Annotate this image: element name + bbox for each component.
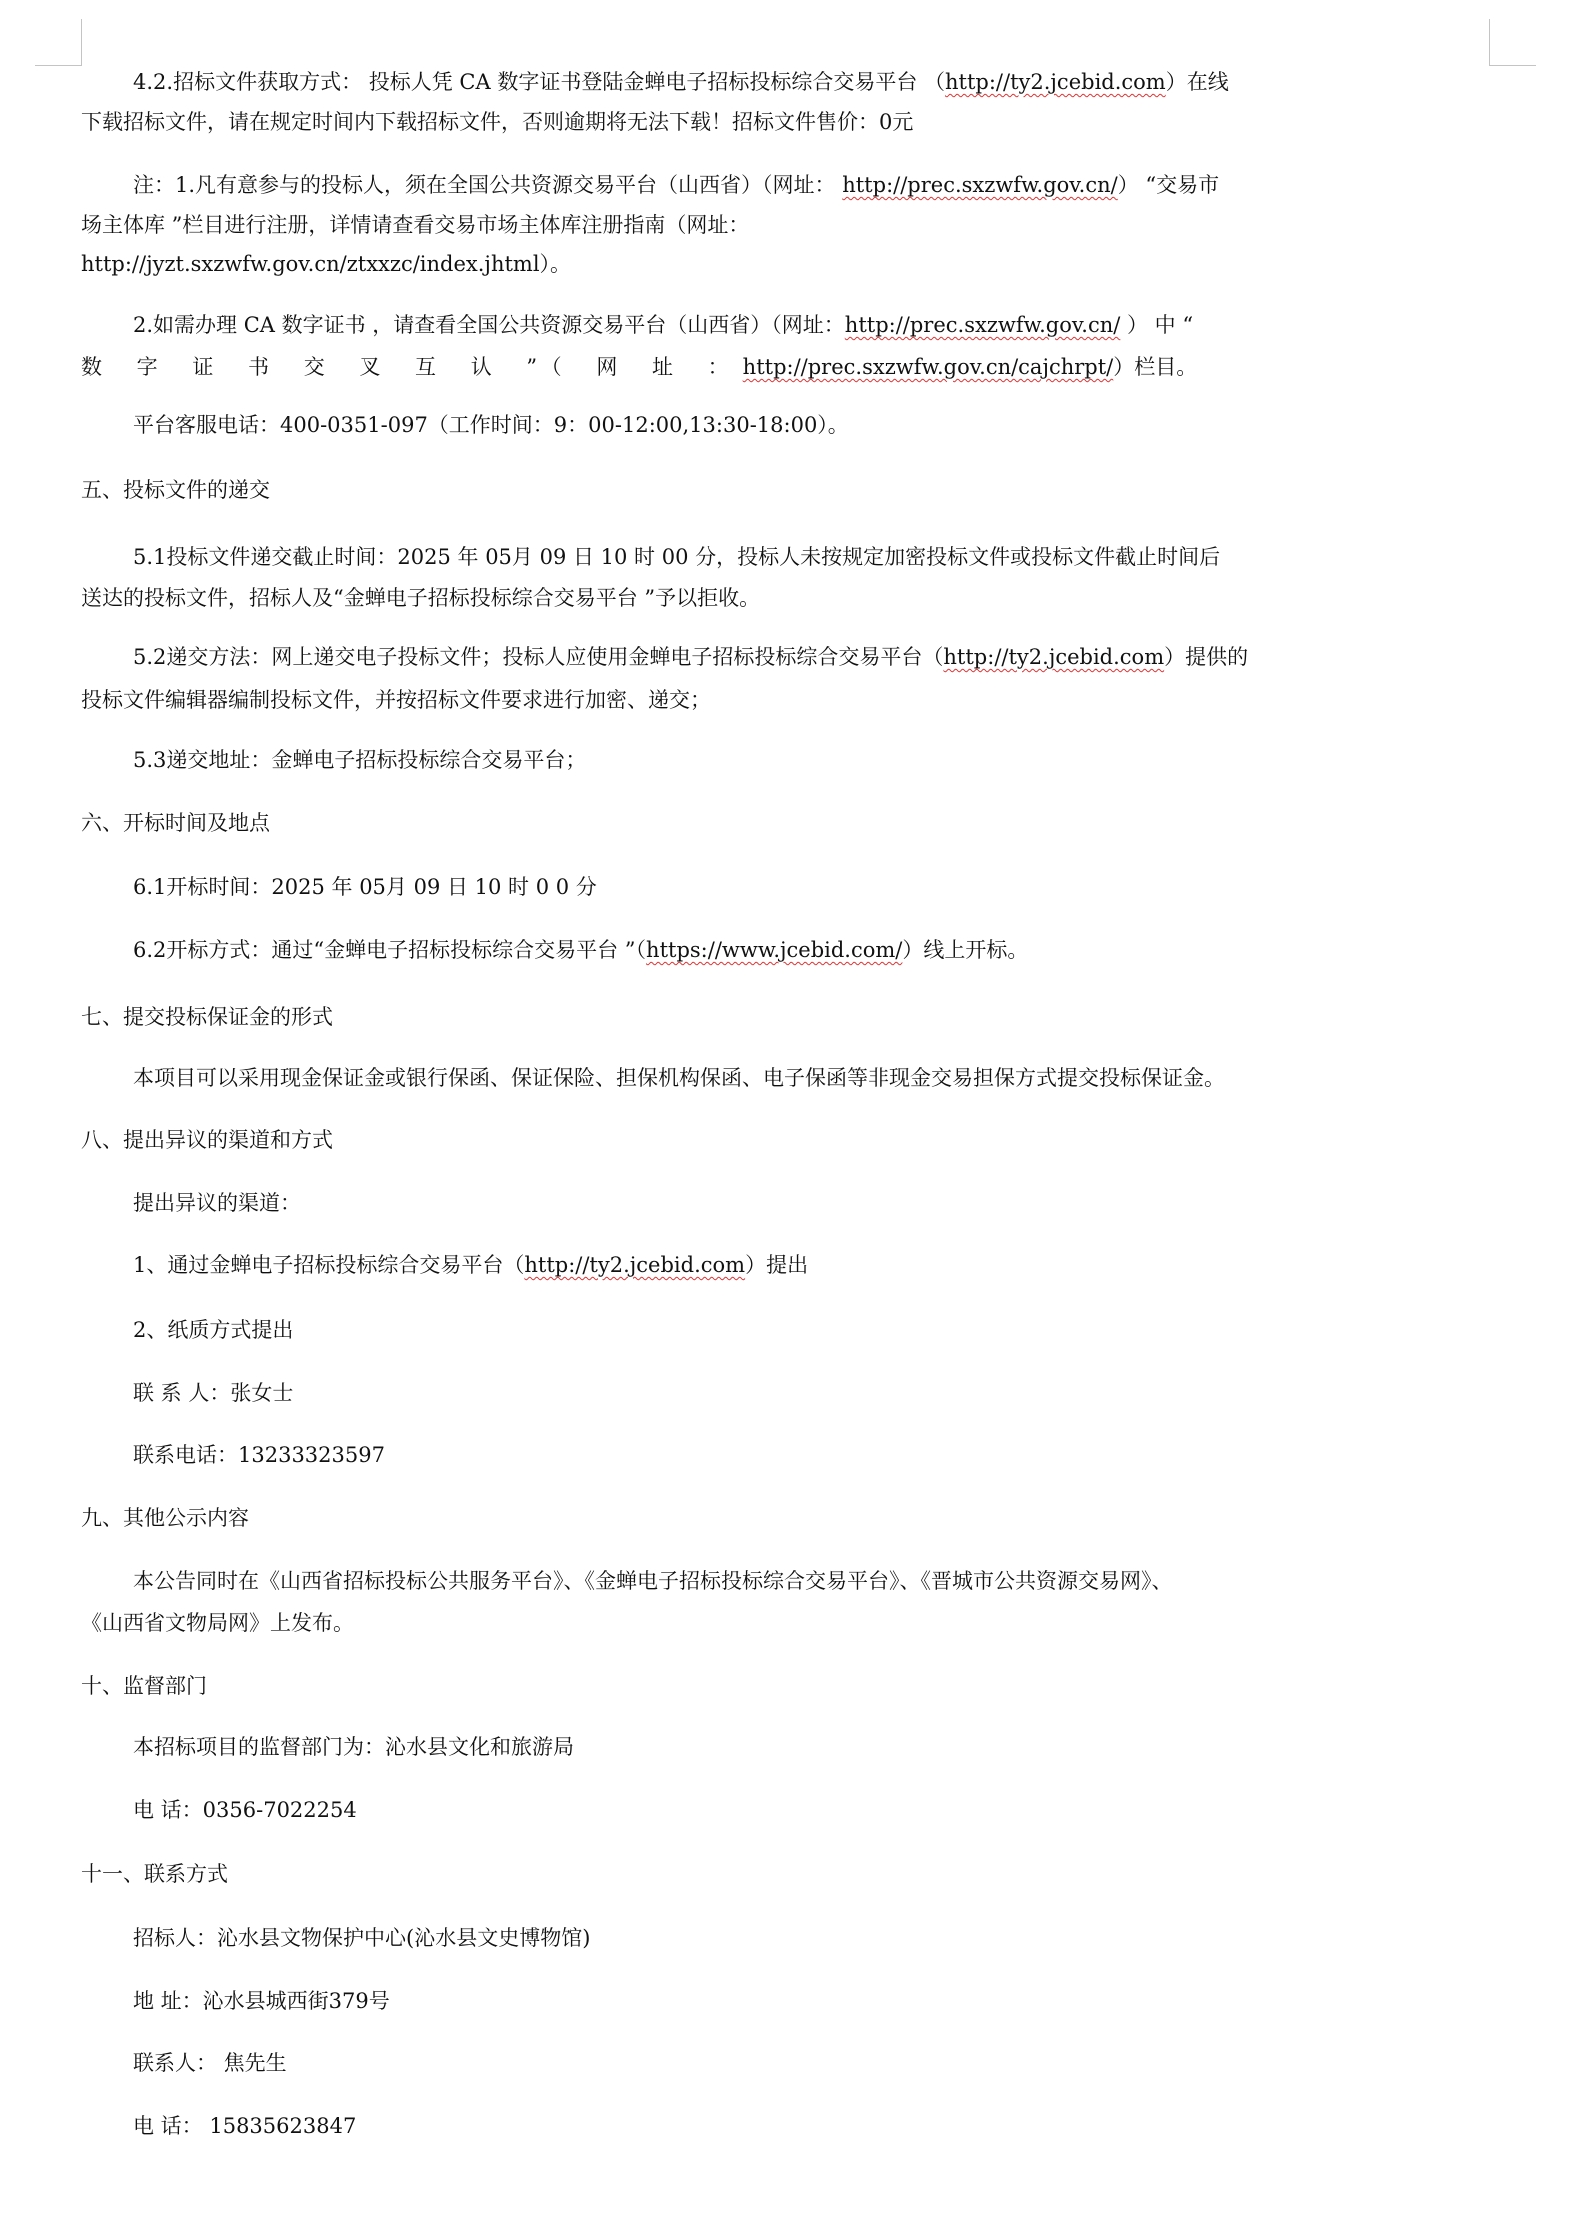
section-heading-10: 十、监督部门 <box>81 1671 1491 1701</box>
tenderer-contact: 联系人： 焦先生 <box>133 2048 1491 2078</box>
text: 4.2.招标文件获取方式： 投标人凭 CA 数字证书登陆金蝉电子招标投标综合交易… <box>133 70 945 94</box>
crop-mark-top-left <box>35 19 82 66</box>
crop-mark-top-right <box>1489 19 1536 66</box>
text: 注：1.凡有意参与的投标人，须在全国公共资源交易平台（山西省）（网址： <box>133 173 842 197</box>
paragraph-5-2-line-1: 5.2递交方法：网上递交电子投标文件；投标人应使用金蝉电子招标投标综合交易平台（… <box>133 642 1491 672</box>
section-heading-6: 六、开标时间及地点 <box>81 808 1491 838</box>
paragraph-5-1-line-2: 送达的投标文件，招标人及“金蝉电子招标投标综合交易平台 ”予以拒收。 <box>81 583 1491 613</box>
section-heading-11: 十一、联系方式 <box>81 1859 1491 1889</box>
text: ）栏目。 <box>1113 355 1197 379</box>
tenderer-phone: 电 话： 15835623847 <box>133 2111 1491 2141</box>
section-heading-7: 七、提交投标保证金的形式 <box>81 1002 1491 1032</box>
hotline: 平台客服电话：400-0351-097（工作时间：9：00-12:00,13:3… <box>133 410 1491 440</box>
text: 1、通过金蝉电子招标投标综合交易平台（ <box>133 1253 524 1277</box>
paragraph-6-1: 6.1开标时间：2025 年 05月 09 日 10 时 0 0 分 <box>133 872 1491 902</box>
paragraph-5-1-line-1: 5.1投标文件递交截止时间：2025 年 05月 09 日 10 时 00 分，… <box>133 542 1491 572</box>
section-heading-5: 五、投标文件的递交 <box>81 475 1491 505</box>
supervision-phone: 电 话：0356-7022254 <box>133 1795 1491 1825</box>
tenderer: 招标人：沁水县文物保护中心(沁水县文史博物馆) <box>133 1923 1491 1953</box>
text: ）提供的 <box>1164 645 1248 669</box>
text: 5.2递交方法：网上递交电子投标文件；投标人应使用金蝉电子招标投标综合交易平台（ <box>133 645 943 669</box>
platform-link[interactable]: http://ty2.jcebid.com <box>945 70 1166 94</box>
text: 6.2开标方式：通过“金蝉电子招标投标综合交易平台 ”（ <box>133 938 646 962</box>
jcebid-link[interactable]: https://www.jcebid.com/ <box>646 938 902 962</box>
paragraph-9-line-1: 本公告同时在《山西省招标投标公共服务平台》、《金蝉电子招标投标综合交易平台》、《… <box>133 1566 1491 1596</box>
note-1-line-1: 注：1.凡有意参与的投标人，须在全国公共资源交易平台（山西省）（网址： http… <box>133 170 1491 200</box>
section-heading-9: 九、其他公示内容 <box>81 1503 1491 1533</box>
platform-link[interactable]: http://ty2.jcebid.com <box>524 1253 745 1277</box>
paragraph-4-2-line-2: 下载招标文件，请在规定时间内下载招标文件，否则逾期将无法下载！招标文件售价：0元 <box>81 107 1491 137</box>
objection-channel-2: 2、纸质方式提出 <box>133 1315 1491 1345</box>
objection-channels-label: 提出异议的渠道： <box>133 1188 1491 1218</box>
paragraph-9-line-2: 《山西省文物局网》上发布。 <box>81 1608 1491 1638</box>
objection-contact: 联 系 人：张女士 <box>133 1378 1491 1408</box>
paragraph-5-3: 5.3递交地址：金蝉电子招标投标综合交易平台； <box>133 745 1491 775</box>
text: 数 字 证 书 交 叉 互 认 ”（ 网 址 ： <box>81 355 743 379</box>
platform-link[interactable]: http://ty2.jcebid.com <box>943 645 1164 669</box>
prec-link[interactable]: http://prec.sxzwfw.gov.cn/ <box>845 313 1121 337</box>
objection-phone: 联系电话：13233323597 <box>133 1440 1491 1470</box>
section-heading-8: 八、提出异议的渠道和方式 <box>81 1125 1491 1155</box>
note-1-line-3: http://jyzt.sxzwfw.gov.cn/ztxxzc/index.j… <box>81 249 1491 279</box>
note-2-line-2: 数 字 证 书 交 叉 互 认 ”（ 网 址 ：http://prec.sxzw… <box>81 352 1491 382</box>
tenderer-address: 地 址：沁水县城西街379号 <box>133 1986 1491 2016</box>
text: 2.如需办理 CA 数字证书 ，请查看全国公共资源交易平台（山西省）（网址： <box>133 313 845 337</box>
supervision-dept: 本招标项目的监督部门为：沁水县文化和旅游局 <box>133 1732 1491 1762</box>
paragraph-4-2-line-1: 4.2.招标文件获取方式： 投标人凭 CA 数字证书登陆金蝉电子招标投标综合交易… <box>133 67 1491 97</box>
note-1-line-2: 场主体库 ”栏目进行注册，详情请查看交易市场主体库注册指南（网址： <box>81 210 1491 240</box>
paragraph-6-2: 6.2开标方式：通过“金蝉电子招标投标综合交易平台 ”（https://www.… <box>133 935 1491 965</box>
text: ） 中 “ <box>1120 313 1193 337</box>
note-2-line-1: 2.如需办理 CA 数字证书 ，请查看全国公共资源交易平台（山西省）（网址：ht… <box>133 310 1491 340</box>
text: ）提出 <box>745 1253 808 1277</box>
objection-channel-1: 1、通过金蝉电子招标投标综合交易平台（http://ty2.jcebid.com… <box>133 1250 1491 1280</box>
prec-link[interactable]: http://prec.sxzwfw.gov.cn/ <box>842 173 1118 197</box>
text: ） “交易市 <box>1118 173 1219 197</box>
cajchrpt-link[interactable]: http://prec.sxzwfw.gov.cn/cajchrpt/ <box>743 355 1114 379</box>
paragraph-7: 本项目可以采用现金保证金或银行保函、保证保险、担保机构保函、电子保函等非现金交易… <box>133 1063 1491 1093</box>
text: ）线上开标。 <box>902 938 1028 962</box>
text: ）在线 <box>1166 70 1229 94</box>
paragraph-5-2-line-2: 投标文件编辑器编制投标文件，并按招标文件要求进行加密、递交； <box>81 685 1491 715</box>
